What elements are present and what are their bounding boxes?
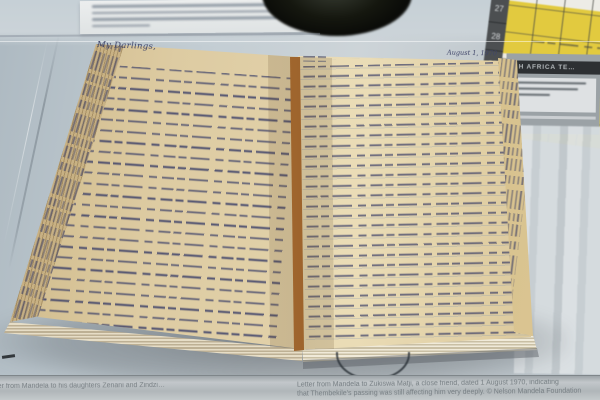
letter-date: August 1, 1970 [447,49,497,58]
letter-salutation: My Darlings, [97,40,156,52]
right-letter-salutation-underlined [303,56,329,62]
label-white-card [510,77,596,112]
label-text-line [92,3,287,8]
etched-caption-right: Letter from Mandela to Zukiswa Matji, a … [297,378,600,398]
label-text-line [516,81,586,84]
label-foot-strip [510,115,596,119]
label-text-line [516,87,578,90]
museum-display-photo: 27 28 29 …H AFRICA TE… [0,0,600,400]
handwriting-right-page [303,62,521,346]
label-text-line [92,24,150,27]
label-text-line [516,93,550,95]
glass-highlight-line [0,41,600,42]
label-text-line [92,10,292,15]
label-text-line [92,16,277,21]
glass-reflection-diagonal [3,40,48,246]
label-header-text: …H AFRICA TE… [508,60,600,74]
